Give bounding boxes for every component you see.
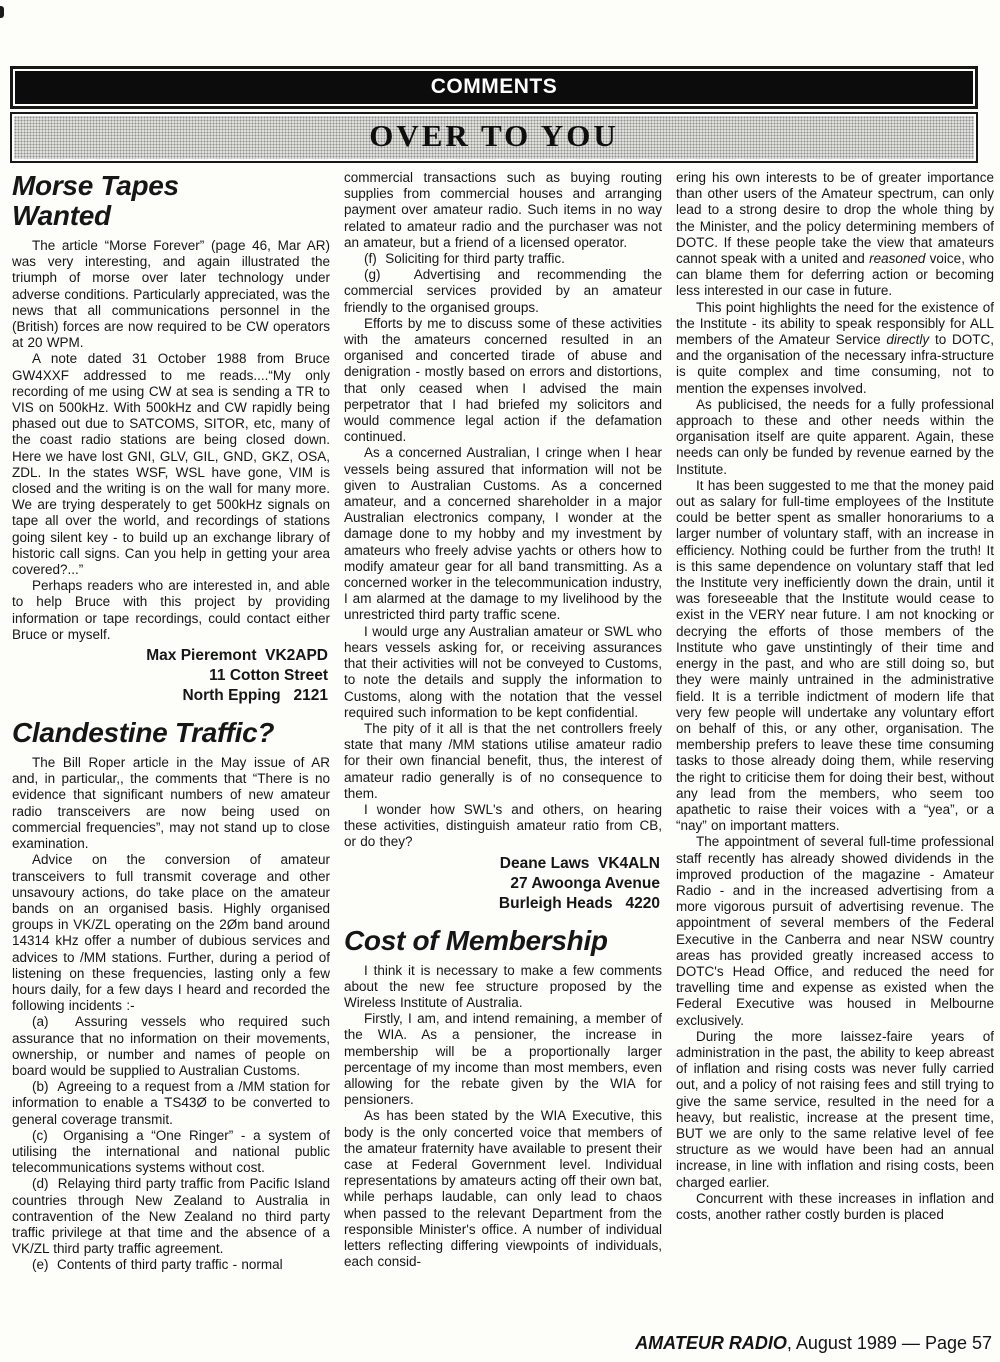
paragraph: The article “Morse Forever” (page 46, Ma… bbox=[12, 238, 330, 351]
list-item-g: (g) Advertising and recommending the com… bbox=[344, 267, 662, 316]
paragraph: The Bill Roper article in the May issue … bbox=[12, 755, 330, 852]
article-title-morse-tapes-wanted: Morse Tapes Wanted bbox=[12, 171, 330, 231]
paragraph: The pity of it all is that the net contr… bbox=[344, 721, 662, 802]
signature-deane-laws: Deane Laws VK4ALN 27 Awoonga Avenue Burl… bbox=[344, 854, 660, 914]
paragraph: As a concerned Australian, I cringe when… bbox=[344, 445, 662, 623]
paragraph: I wonder how SWL's and others, on hearin… bbox=[344, 802, 662, 851]
paragraph: The appointment of several full-time pro… bbox=[676, 834, 994, 1028]
signature-max-pieremont: Max Pieremont VK2APD 11 Cotton Street No… bbox=[12, 646, 328, 706]
over-to-you-banner: OVER TO YOU bbox=[10, 112, 978, 163]
column-3: ering his own interests to be of greater… bbox=[676, 170, 994, 1330]
paragraph: A note dated 31 October 1988 from Bruce … bbox=[12, 351, 330, 578]
comments-banner: COMMENTS bbox=[10, 66, 978, 109]
list-item-d: (d) Relaying third party traffic from Pa… bbox=[12, 1176, 330, 1257]
paragraph: It has been suggested to me that the mon… bbox=[676, 478, 994, 834]
paragraph: I think it is necessary to make a few co… bbox=[344, 963, 662, 1012]
article-columns: Morse Tapes Wanted The article “Morse Fo… bbox=[12, 170, 994, 1330]
paragraph-continuation: ering his own interests to be of greater… bbox=[676, 170, 994, 300]
paragraph-continuation: commercial transactions such as buying r… bbox=[344, 170, 662, 251]
magazine-page: COMMENTS OVER TO YOU Morse Tapes Wanted … bbox=[0, 0, 1000, 1362]
page-footer: AMATEUR RADIO, August 1989 — Page 57 bbox=[635, 1333, 992, 1354]
paragraph: This point highlights the need for the e… bbox=[676, 300, 994, 397]
comments-banner-label: COMMENTS bbox=[15, 71, 973, 104]
paragraph: I would urge any Australian amateur or S… bbox=[344, 624, 662, 721]
issue-and-page: , August 1989 — Page 57 bbox=[787, 1333, 992, 1353]
over-to-you-banner-label: OVER TO YOU bbox=[14, 116, 974, 159]
paragraph: Firstly, I am, and intend remaining, a m… bbox=[344, 1011, 662, 1108]
list-item-e: (e) Contents of third party traffic - no… bbox=[12, 1257, 330, 1273]
scan-artifact bbox=[0, 6, 4, 18]
article-title-clandestine-traffic: Clandestine Traffic? bbox=[12, 718, 330, 748]
paragraph: As has been stated by the WIA Executive,… bbox=[344, 1108, 662, 1270]
list-item-c: (c) Organising a “One Ringer” - a system… bbox=[12, 1128, 330, 1177]
column-1: Morse Tapes Wanted The article “Morse Fo… bbox=[12, 170, 330, 1330]
list-item-f: (f) Soliciting for third party traffic. bbox=[344, 251, 662, 267]
paragraph: Advice on the conversion of amateur tran… bbox=[12, 852, 330, 1014]
magazine-title: AMATEUR RADIO bbox=[635, 1333, 787, 1353]
paragraph: Concurrent with these increases in infla… bbox=[676, 1191, 994, 1223]
paragraph: During the more laissez-faire years of a… bbox=[676, 1029, 994, 1191]
paragraph: Perhaps readers who are interested in, a… bbox=[12, 578, 330, 643]
column-2: commercial transactions such as buying r… bbox=[344, 170, 662, 1330]
paragraph: As publicised, the needs for a fully pro… bbox=[676, 397, 994, 478]
list-item-a: (a) Assuring vessels who required such a… bbox=[12, 1014, 330, 1079]
paragraph: Efforts by me to discuss some of these a… bbox=[344, 316, 662, 446]
list-item-b: (b) Agreeing to a request from a /MM sta… bbox=[12, 1079, 330, 1128]
article-title-cost-of-membership: Cost of Membership bbox=[344, 926, 662, 956]
